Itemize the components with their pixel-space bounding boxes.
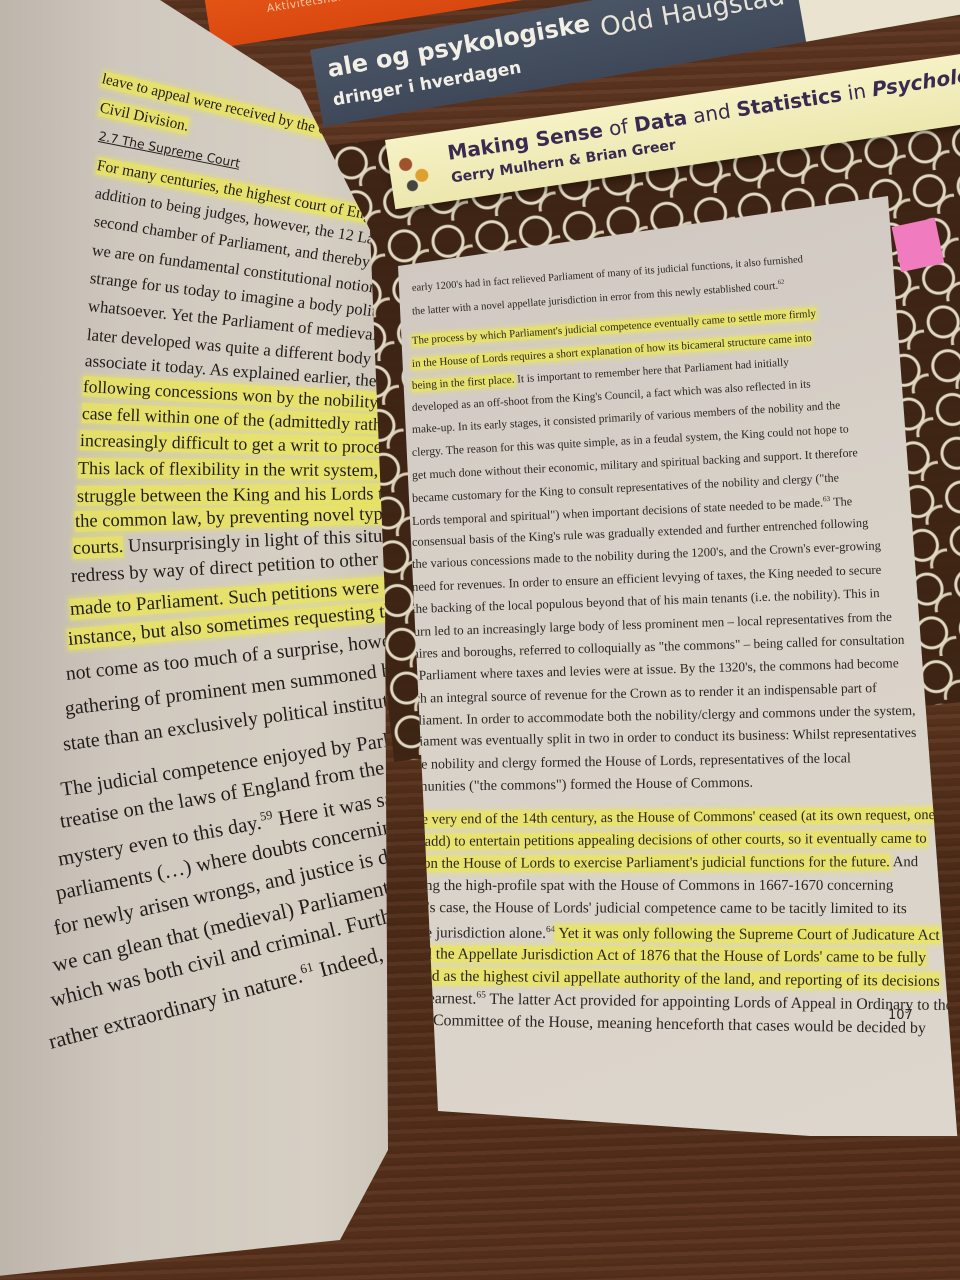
book-orange-spine-text: Aktivitetshåndboken – Fysisk [266, 0, 438, 15]
right-page: 107 early 1200's had in fact relieved Pa… [398, 196, 958, 1136]
pink-sticky-tab [892, 218, 945, 272]
right_page-text-line: in Parliament where taxes and levies wer… [404, 657, 898, 683]
right_page-text-line: began in earnest.65 The latter Act provi… [369, 990, 952, 1014]
right_page-text-line: following the high-profile spat with the… [382, 879, 893, 894]
left_page-text-line: Civil Division. [99, 100, 191, 134]
photo-scene: Aktivitetshåndboken – Fysisk ale og psyk… [0, 0, 960, 1280]
right_page-text-line: By the very end of the 14th century, as … [389, 808, 934, 827]
right_page-text-line: such an integral source of revenue for t… [402, 681, 877, 705]
right_page-text-line: of the nobility and clergy formed the Ho… [394, 752, 850, 773]
right_page-text-line: Skinner's case, the House of Lords' judi… [379, 901, 906, 917]
right_page-text-line: fall upon the House of Lords to exercise… [384, 855, 917, 872]
right_page-text-line: recognised as the highest civil appellat… [372, 968, 940, 990]
book-grey-author: Odd Haugstad [598, 0, 787, 43]
footnote-marker: 65 [476, 991, 486, 1001]
footnote-marker: 62 [778, 279, 785, 286]
right_page-text-line: Appellate Committee of the House, meanin… [367, 1012, 926, 1037]
right_page-text-line: Parliament. In order to accommodate both… [399, 703, 915, 727]
book-logo-icon [393, 148, 435, 197]
right_page-text-line: 1875 and the Appellate Jurisdiction Act … [374, 946, 925, 966]
right_page-text-line: communities ("the commons") formed the H… [392, 776, 753, 795]
footnote-marker: 64 [546, 923, 555, 933]
right_page-text-line: Parliament was eventually split in two i… [397, 727, 917, 750]
right_page-text-line: appellate jurisdiction alone.64 Yet it w… [377, 924, 940, 943]
right_page-text-line: might add) to entertain petitions appeal… [387, 831, 927, 849]
